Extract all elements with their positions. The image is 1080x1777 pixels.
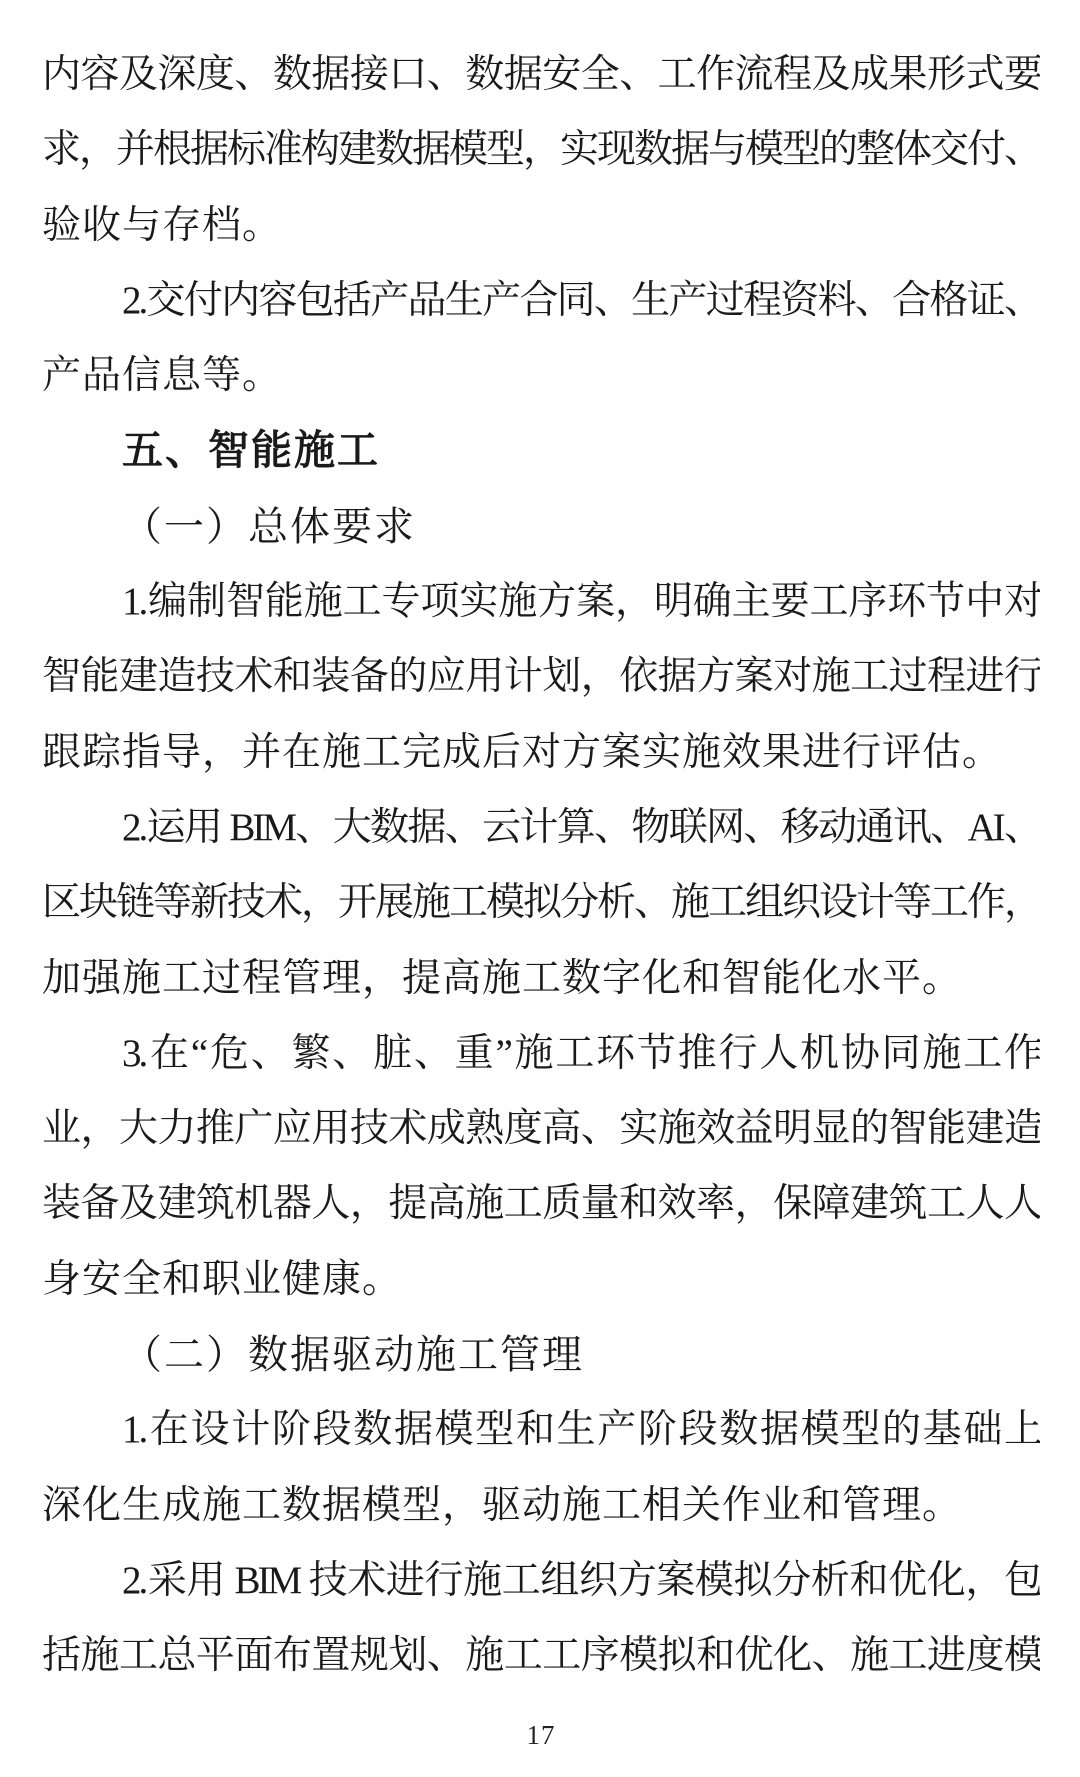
text-line: 业，大力推广应用技术成熟度高、实施效益明显的智能建造 (42, 1091, 1040, 1166)
page-number: 17 (42, 1720, 1040, 1751)
text-line: 1.编制智能施工专项实施方案，明确主要工序环节中对 (42, 564, 1040, 639)
text-line: 智能建造技术和装备的应用计划，依据方案对施工过程进行 (42, 639, 1040, 714)
section-heading: 五、智能施工 (42, 413, 1040, 488)
text-line: 身安全和职业健康。 (42, 1242, 1040, 1317)
text-line: 加强施工过程管理，提高施工数字化和智能化水平。 (42, 941, 1040, 1016)
text-line: 2.采用 BIM 技术进行施工组织方案模拟分析和优化，包 (42, 1543, 1040, 1618)
text-line: 深化生成施工数据模型，驱动施工相关作业和管理。 (42, 1468, 1040, 1543)
text-line: 内容及深度、数据接口、数据安全、工作流程及成果形式要 (42, 37, 1040, 112)
text-line: 跟踪指导，并在施工完成后对方案实施效果进行评估。 (42, 715, 1040, 790)
document-body: 内容及深度、数据接口、数据安全、工作流程及成果形式要求，并根据标准构建数据模型，… (42, 37, 1040, 1694)
text-line: 区块链等新技术，开展施工模拟分析、施工组织设计等工作， (42, 865, 1040, 940)
text-line: 1.在设计阶段数据模型和生产阶段数据模型的基础上 (42, 1392, 1040, 1467)
subsection-heading: （二）数据驱动施工管理 (42, 1317, 1040, 1392)
text-line: 求，并根据标准构建数据模型，实现数据与模型的整体交付、 (42, 112, 1040, 187)
text-line: 装备及建筑机器人，提高施工质量和效率，保障建筑工人人 (42, 1166, 1040, 1241)
text-line: 2.运用 BIM、大数据、云计算、物联网、移动通讯、AI、 (42, 790, 1040, 865)
text-line: 括施工总平面布置规划、施工工序模拟和优化、施工进度模 (42, 1618, 1040, 1693)
document-page: 内容及深度、数据接口、数据安全、工作流程及成果形式要求，并根据标准构建数据模型，… (0, 0, 1080, 1777)
text-line: 3.在“危、繁、脏、重”施工环节推行人机协同施工作 (42, 1016, 1040, 1091)
subsection-heading: （一）总体要求 (42, 489, 1040, 564)
text-line: 2.交付内容包括产品生产合同、生产过程资料、合格证、 (42, 263, 1040, 338)
text-line: 验收与存档。 (42, 188, 1040, 263)
text-line: 产品信息等。 (42, 338, 1040, 413)
